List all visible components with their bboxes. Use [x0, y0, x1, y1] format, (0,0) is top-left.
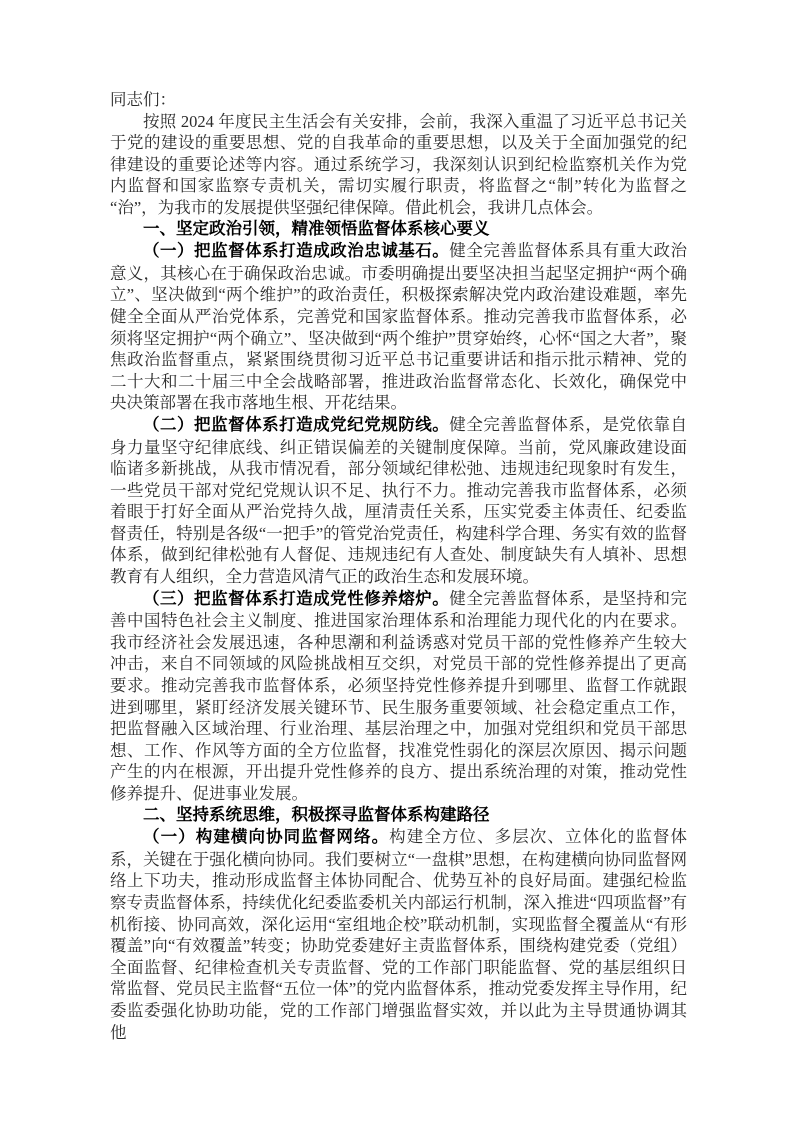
section-1-heading: 一、坚定政治引领，精准领悟监督体系核心要义: [110, 219, 687, 241]
section-1-paragraph-2: （二）把监督体系打造成党纪党规防线。健全完善监督体系，是党依靠自身力量坚守纪律底…: [110, 414, 687, 588]
document-page: 同志们： 按照 2024 年度民主生活会有关安排，会前，我深入重温了习近平总书记…: [0, 0, 793, 1122]
section-1-paragraph-3-lead: （三）把监督体系打造成党性修养熔炉。: [143, 590, 449, 608]
section-1-paragraph-1-lead: （一）把监督体系打造成政治忠诚基石。: [143, 242, 449, 260]
section-1-paragraph-3-text: 健全完善监督体系，是坚持和完善中国特色社会主义制度、推进国家治理体系和治理能力现…: [110, 589, 687, 803]
section-2-paragraph-1-lead: （一）构建横向协同监督网络。: [143, 828, 389, 846]
section-1-paragraph-3: （三）把监督体系打造成党性修养熔炉。健全完善监督体系，是坚持和完善中国特色社会主…: [110, 588, 687, 805]
section-2-paragraph-1-text: 构建全方位、多层次、立体化的监督体系，关键在于强化横向协同。我们要树立“一盘棋”…: [110, 827, 687, 1041]
section-2-paragraph-1: （一）构建横向协同监督网络。构建全方位、多层次、立体化的监督体系，关键在于强化横…: [110, 826, 687, 1043]
section-1-paragraph-2-lead: （二）把监督体系打造成党纪党规防线。: [143, 416, 449, 434]
section-1-paragraph-1-text: 健全完善监督体系具有重大政治意义，其核心在于确保政治忠诚。市委明确提出要坚决担当…: [110, 241, 687, 412]
section-1-paragraph-2-text: 健全完善监督体系，是党依靠自身力量坚守纪律底线、纠正错误偏差的关键制度保障。当前…: [110, 415, 687, 586]
section-2-heading: 二、坚持系统思维，积极探寻监督体系构建路径: [110, 805, 687, 827]
section-1-paragraph-1: （一）把监督体系打造成政治忠诚基石。健全完善监督体系具有重大政治意义，其核心在于…: [110, 240, 687, 414]
salutation: 同志们：: [110, 89, 687, 111]
opening-paragraph: 按照 2024 年度民主生活会有关安排，会前，我深入重温了习近平总书记关于党的建…: [110, 111, 687, 219]
